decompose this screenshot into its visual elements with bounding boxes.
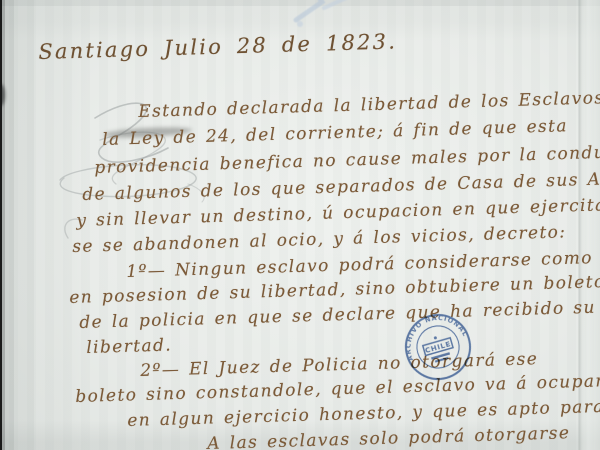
faint-top-stamp-mark xyxy=(288,0,358,34)
manuscript-line: libertad. xyxy=(86,335,172,358)
